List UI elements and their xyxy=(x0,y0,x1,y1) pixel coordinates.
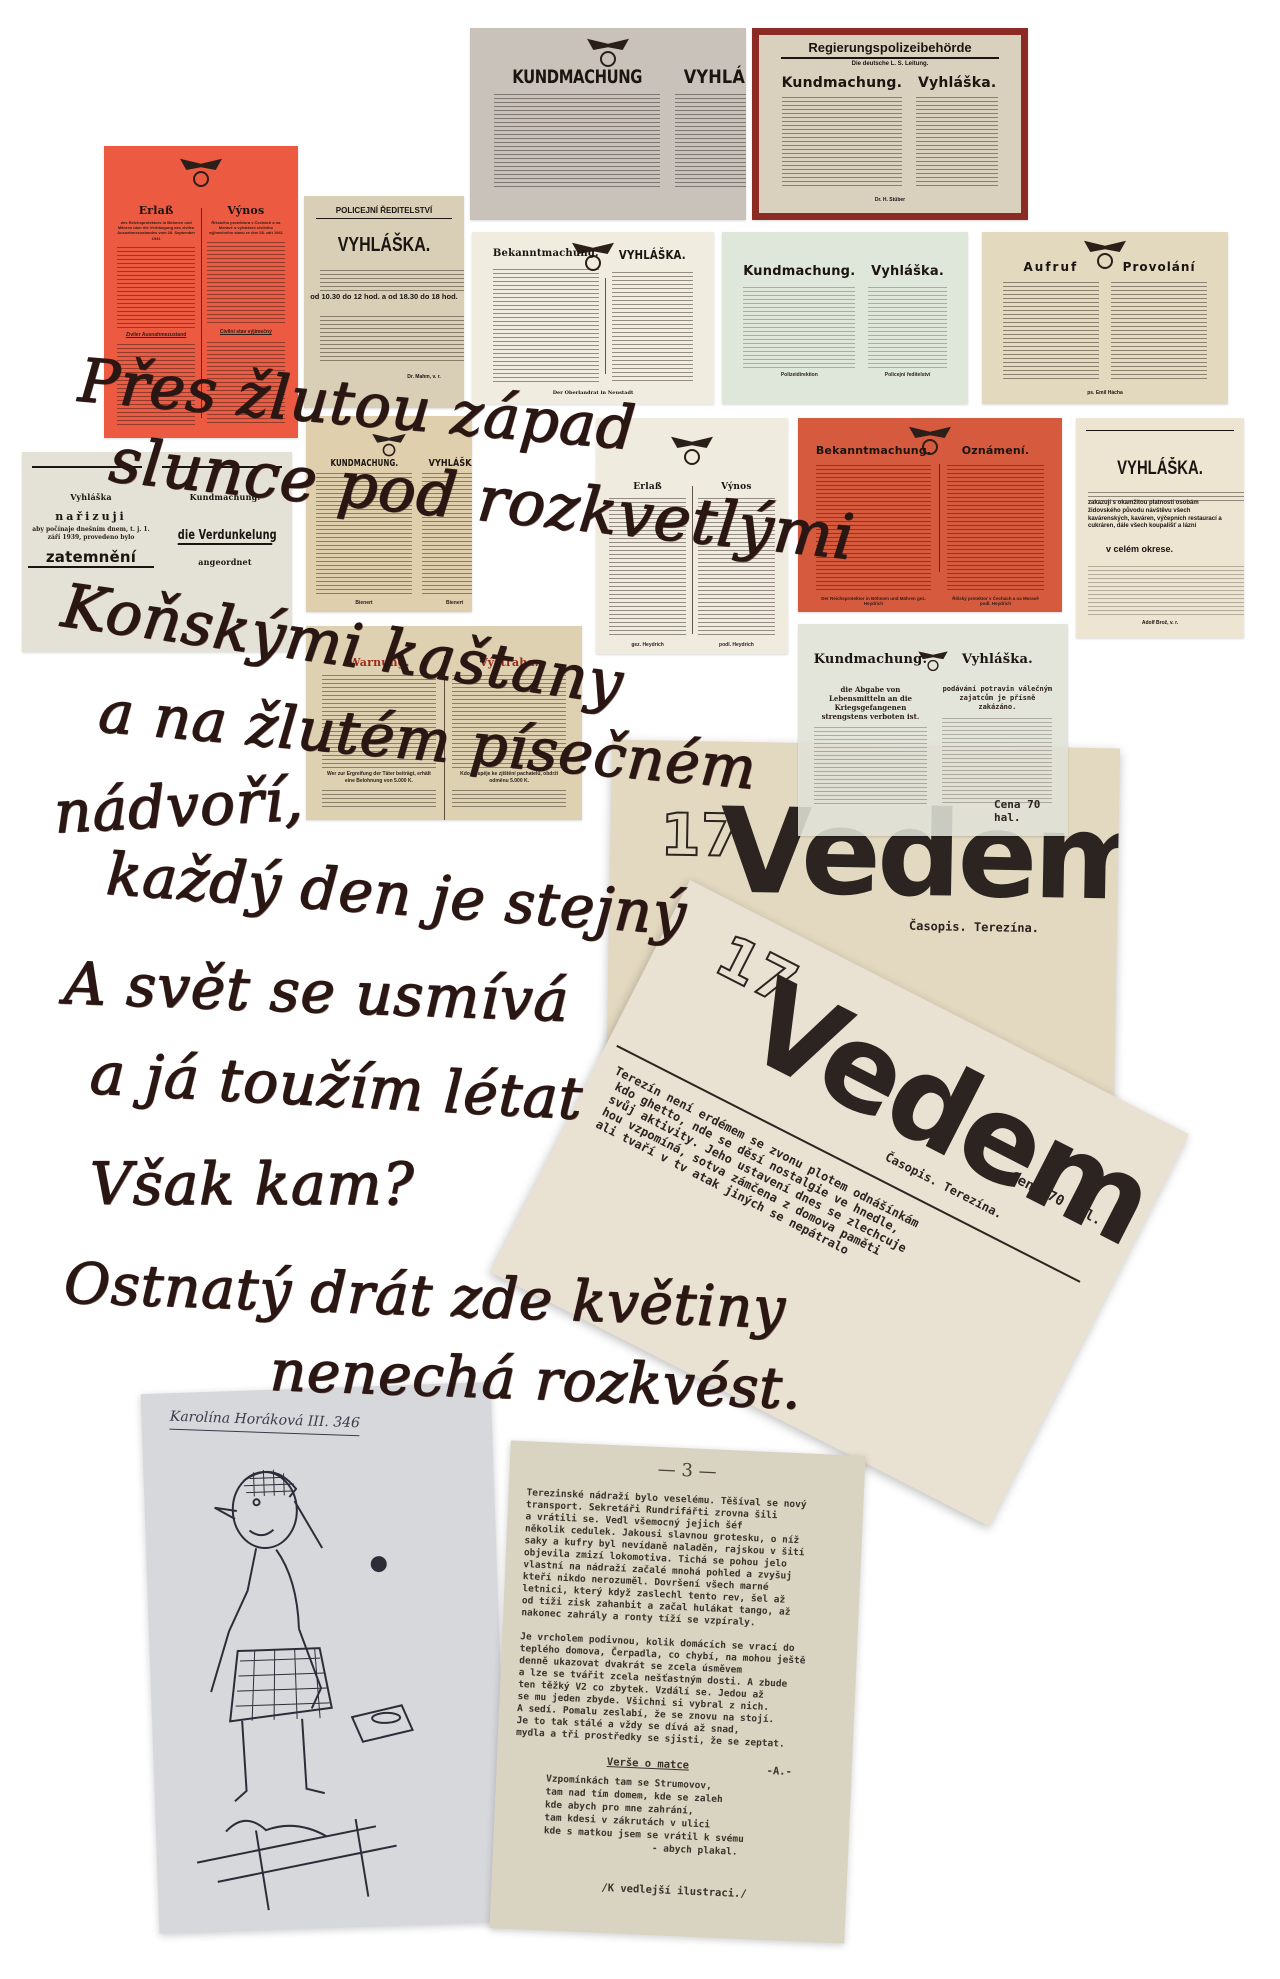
poster-title-de: KUNDMACHUNG xyxy=(512,66,642,88)
poster-title: VYHLÁŠKA. xyxy=(320,234,448,257)
poster-subheader: Die deutsche L. S. Leitung. xyxy=(759,61,1021,67)
footnote: /K vedlejší ilustraci./ xyxy=(601,1881,747,1901)
typed-paragraph: Je vrcholem podivnou, kolik domácích se … xyxy=(516,1631,806,1751)
poster-keyword: zatemnění xyxy=(28,548,154,568)
poster-title-cz: Oznámení. xyxy=(962,444,1030,457)
poem-line: Však kam? xyxy=(90,1150,415,1218)
poster-signature: Adolf Brož, v. r. xyxy=(1076,620,1244,626)
poster-vyhlaska-okres: VYHLÁŠKA. zakazuji s okamžitou platností… xyxy=(1076,418,1244,638)
poem-line: A svět se usmívá xyxy=(63,949,571,1035)
poster-signature: ps. Emil Hácha xyxy=(982,390,1228,396)
poster-aufruf-provolani: Aufruf Provolání ps. Emil Hácha xyxy=(982,232,1228,404)
newspaper-subtitle: Časopis. Terezína. xyxy=(909,919,1039,935)
poster-title-cz: Vyhláška. xyxy=(871,264,944,279)
poster-title-cz: Vyhláška. xyxy=(918,75,996,91)
poster-title-de: Erlaß xyxy=(139,204,174,217)
booklet-drawing-page: Karolína Horáková III. 346 xyxy=(141,1382,510,1934)
newspaper-price: Cena 70 hal. xyxy=(994,798,1068,824)
poem-line: a já toužím létat xyxy=(89,1039,585,1133)
poster-bekanntmachung-vyhlaska: Bekanntmachung. VYHLÁŠKA. Der Oberlandra… xyxy=(472,232,714,404)
poster-title-de: Bekanntmachung. xyxy=(816,444,931,457)
poster-title-cz: VYHLÁŠKA. xyxy=(619,248,686,262)
poster-highlight: zakazuji s okamžitou platností osobám ži… xyxy=(1088,500,1232,531)
poster-title-cz: Vyhláška. xyxy=(962,652,1033,667)
eagle-emblem-icon xyxy=(180,156,222,192)
eagle-emblem-icon xyxy=(671,434,713,470)
poster-regierungspolizeibehoerde: Regierungspolizeibehörde Die deutsche L.… xyxy=(752,28,1028,220)
poster-kundmachung-vyhlaska-green: Kundmachung.Polizeidirektion Vyhláška.Po… xyxy=(722,232,968,404)
poster-signature: Dr. H. Stüber xyxy=(759,197,1021,203)
page-number: — 3 — xyxy=(509,1452,865,1488)
poem-line: nádvoří, xyxy=(52,766,305,847)
poster-highlight: od 10.30 do 12 hod. a od 18.30 do 18 hod… xyxy=(304,292,464,301)
typed-poem: Vzpomínkách tam se Strumovov, tam nad tí… xyxy=(543,1772,746,1859)
poster-kundmachung-vyhlaska-gray: KUNDMACHUNG VYHLÁŠKA xyxy=(470,28,746,220)
poster-header: Regierungspolizeibehörde xyxy=(759,40,1021,55)
child-drawing xyxy=(141,1382,510,1934)
poem-title: Verše o matce xyxy=(607,1755,690,1773)
poster-title-de: Kundmachung. xyxy=(814,652,927,667)
poster-title-de: Kundmachung. xyxy=(743,264,855,279)
poster-title: VYHLÁŠKA. xyxy=(1094,458,1225,480)
poster-kundmachung-vyhlaska-pow: Kundmachung.die Abgabe von Lebensmitteln… xyxy=(798,624,1068,836)
poem-line: každý den je stejný xyxy=(104,840,688,948)
poem-mark: -A.- xyxy=(766,1764,792,1779)
poster-title-cz: Provolání xyxy=(1123,260,1196,274)
poster-title-cz: Výnos xyxy=(227,204,264,217)
poster-title-cz: VYHLÁŠKA xyxy=(683,66,746,88)
booklet-typed-page: — 3 — Terezinské nádraží bylo veselému. … xyxy=(490,1440,866,1943)
poster-header: POLICEJNÍ ŘEDITELSTVÍ xyxy=(304,206,464,215)
typed-paragraph: Terezinské nádraží bylo veselému. Těšíva… xyxy=(521,1487,807,1631)
poster-title-de: Kundmachung. xyxy=(782,75,903,91)
poster-title-de: Aufruf xyxy=(1024,260,1079,274)
poster-title-de: Bekanntmachung. xyxy=(493,248,599,259)
